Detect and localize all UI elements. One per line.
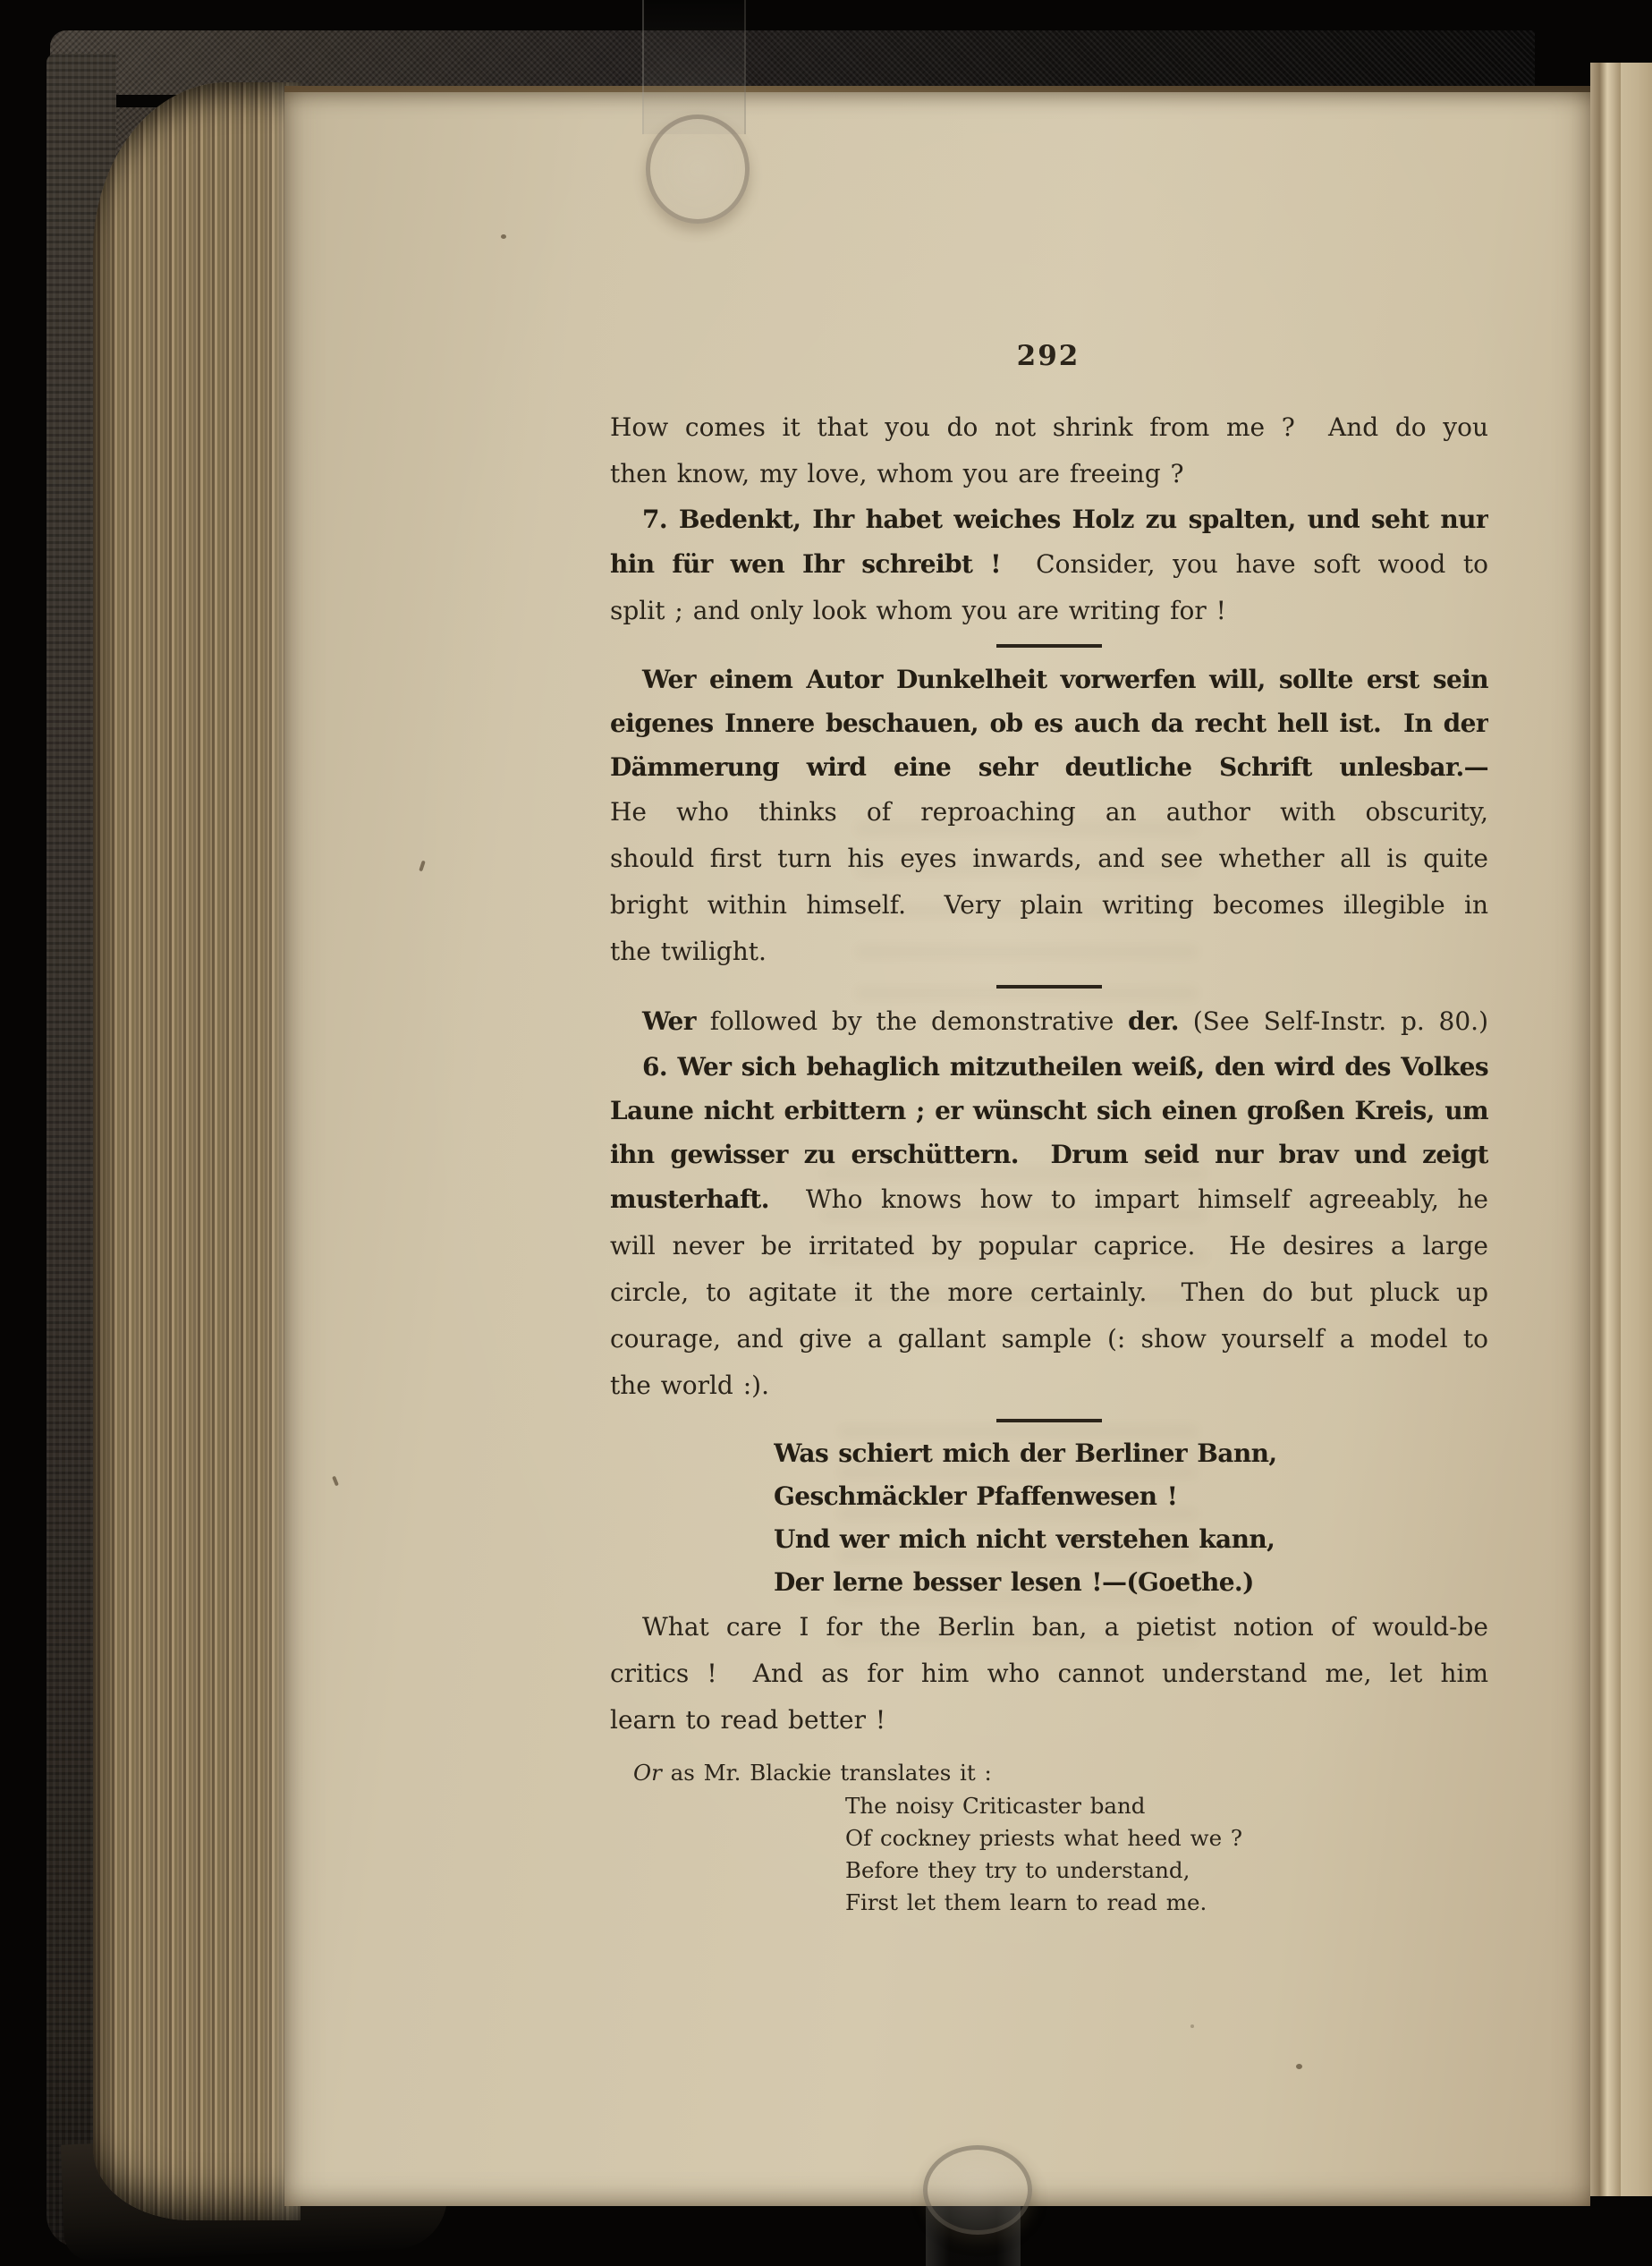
text-segment: hin für wen Ihr schreibt ! — [610, 549, 1001, 579]
book-photo: 292 How comes it that you do not shrink … — [0, 0, 1652, 2266]
poem: Was schiert mich der Berliner Bann,Gesch… — [610, 1432, 1488, 1604]
text-segment: What care I for the Berlin ban, a pietis… — [642, 1612, 1488, 1642]
paragraph: 7. Bedenkt, Ihr habet weiches Holz zu sp… — [610, 497, 1488, 634]
paragraph: How comes it that you do not shrink from… — [610, 404, 1488, 497]
paper-speck — [1190, 2024, 1194, 2028]
text-segment: the twilight. — [610, 937, 767, 966]
paper-mark — [419, 861, 426, 872]
text-line: the twilight. — [610, 929, 1488, 975]
paragraph: What care I for the Berlin ban, a pietis… — [610, 1604, 1488, 1744]
text-line: 7. Bedenkt, Ihr habet weiches Holz zu sp… — [610, 497, 1488, 541]
text-line: Or as Mr. Blackie translates it : — [633, 1756, 1488, 1790]
horizontal-rule-wrap — [610, 1409, 1488, 1432]
text-segment: Of cockney priests what heed we ? — [845, 1825, 1242, 1851]
text-segment: Who knows how to impart himself agreeabl… — [769, 1184, 1488, 1214]
text-segment: Geschmäckler Pfaffenwesen ! — [774, 1481, 1177, 1511]
text-line: split ; and only look whom you are writi… — [610, 588, 1488, 634]
page-number: 292 — [610, 340, 1487, 372]
text-segment: Der lerne besser lesen !—(Goethe.) — [774, 1567, 1254, 1597]
text-segment: followed by the demonstrative — [696, 1006, 1128, 1036]
horizontal-rule — [996, 1419, 1102, 1422]
text-segment: He who thinks of reproaching an author w… — [610, 797, 1488, 827]
text-segment: musterhaft. — [610, 1184, 769, 1214]
text-segment: as Mr. Blackie translates it : — [662, 1760, 992, 1786]
scanner-strap-bottom — [926, 2206, 1021, 2266]
text-segment: How comes it that you do not shrink from… — [610, 412, 1488, 442]
text-line: Geschmäckler Pfaffenwesen ! — [774, 1475, 1488, 1518]
text-segment: courage, and give a gallant sample (: sh… — [610, 1324, 1488, 1354]
text-line: What care I for the Berlin ban, a pietis… — [610, 1604, 1488, 1651]
text-segment: First let them learn to read me. — [845, 1889, 1207, 1915]
text-line: should first turn his eyes inwards, and … — [610, 836, 1488, 882]
text-line: courage, and give a gallant sample (: sh… — [610, 1316, 1488, 1362]
text-line: learn to read better ! — [610, 1697, 1488, 1744]
paper-speck — [1075, 1536, 1079, 1540]
adjacent-page-edge — [1621, 63, 1652, 2196]
text-line: will never be irritated by popular capri… — [610, 1223, 1488, 1269]
horizontal-rule — [996, 644, 1102, 648]
paper-speck — [501, 234, 506, 239]
text-line: musterhaft. Who knows how to impart hims… — [610, 1176, 1488, 1223]
text-segment: The noisy Criticaster band — [845, 1793, 1145, 1819]
horizontal-rule-wrap — [610, 975, 1488, 998]
text-segment: Laune nicht erbittern ; er wünscht sich … — [610, 1096, 1488, 1125]
text-segment: (See Self-Instr. p. 80.) — [1179, 1006, 1488, 1036]
text-line: Was schiert mich der Berliner Bann, — [774, 1432, 1488, 1475]
text-line: 6. Wer sich behaglich mitzutheilen weiß,… — [610, 1045, 1488, 1089]
book-page: 292 How comes it that you do not shrink … — [284, 86, 1590, 2206]
scanner-strap-top-loop — [646, 115, 750, 224]
text-line: First let them learn to read me. — [845, 1887, 1488, 1919]
text-line: Of cockney priests what heed we ? — [845, 1822, 1488, 1854]
page-stack-fore-edge — [93, 82, 301, 2220]
text-line: eigenes Innere beschauen, ob es auch da … — [610, 701, 1488, 745]
horizontal-rule — [996, 985, 1102, 989]
text-segment: 7. Bedenkt, Ihr habet weiches Holz zu sp… — [642, 505, 1488, 534]
text-segment: will never be irritated by popular capri… — [610, 1231, 1488, 1260]
text-segment: should first turn his eyes inwards, and … — [610, 844, 1488, 873]
text-segment: Or — [633, 1760, 662, 1786]
text-column: How comes it that you do not shrink from… — [610, 404, 1488, 1919]
text-segment: Wer — [642, 1006, 696, 1036]
paper-speck — [1296, 2064, 1302, 2069]
text-line: How comes it that you do not shrink from… — [610, 404, 1488, 451]
text-segment: Wer einem Autor Dunkelheit vorwerfen wil… — [642, 665, 1488, 694]
text-line: The noisy Criticaster band — [845, 1790, 1488, 1822]
paragraph: 6. Wer sich behaglich mitzutheilen weiß,… — [610, 1045, 1488, 1409]
text-line: Wer einem Autor Dunkelheit vorwerfen wil… — [610, 658, 1488, 701]
text-segment: Consider, you have soft wood to — [1001, 549, 1488, 579]
text-line: He who thinks of reproaching an author w… — [610, 789, 1488, 836]
text-segment: the world :). — [610, 1371, 769, 1400]
paragraph: Or as Mr. Blackie translates it : — [610, 1756, 1488, 1790]
text-segment: bright within himself. Very plain writin… — [610, 890, 1488, 920]
text-line: circle, to agitate it the more certainly… — [610, 1269, 1488, 1316]
text-line: then know, my love, whom you are freeing… — [610, 451, 1488, 497]
text-segment: split ; and only look whom you are writi… — [610, 596, 1226, 625]
text-segment: der. — [1128, 1006, 1179, 1036]
text-line: Dämmerung wird eine sehr deutliche Schri… — [610, 745, 1488, 789]
text-segment: circle, to agitate it the more certainly… — [610, 1277, 1488, 1307]
paper-mark — [332, 1476, 339, 1487]
text-line: Before they try to understand, — [845, 1854, 1488, 1887]
text-line: bright within himself. Very plain writin… — [610, 882, 1488, 929]
text-segment: ihn gewisser zu erschüttern. Drum seid n… — [610, 1140, 1488, 1176]
text-line: the world :). — [610, 1362, 1488, 1409]
text-line: critics ! And as for him who cannot unde… — [610, 1651, 1488, 1697]
text-line: Laune nicht erbittern ; er wünscht sich … — [610, 1089, 1488, 1133]
page-gutter-fold — [1590, 63, 1621, 2196]
text-segment: Before they try to understand, — [845, 1857, 1190, 1883]
text-line: Wer followed by the demonstrative der. (… — [610, 998, 1488, 1045]
text-line: hin für wen Ihr schreibt ! Consider, you… — [610, 541, 1488, 588]
text-segment: eigenes Innere beschauen, ob es auch da … — [610, 709, 1488, 738]
poem: The noisy Criticaster bandOf cockney pri… — [610, 1790, 1488, 1919]
paragraph: Wer einem Autor Dunkelheit vorwerfen wil… — [610, 658, 1488, 975]
text-segment: critics ! And as for him who cannot unde… — [610, 1659, 1488, 1688]
text-segment: then know, my love, whom you are freeing… — [610, 459, 1184, 488]
text-segment: Und wer mich nicht verstehen kann, — [774, 1524, 1275, 1554]
paragraph: Wer followed by the demonstrative der. (… — [610, 998, 1488, 1045]
text-segment: Was schiert mich der Berliner Bann, — [774, 1439, 1276, 1468]
horizontal-rule-wrap — [610, 634, 1488, 658]
text-segment: Dämmerung wird eine sehr deutliche Schri… — [610, 752, 1488, 789]
text-line: Und wer mich nicht verstehen kann, — [774, 1518, 1488, 1561]
text-segment: learn to read better ! — [610, 1705, 885, 1735]
text-line: ihn gewisser zu erschüttern. Drum seid n… — [610, 1133, 1488, 1176]
text-line: Der lerne besser lesen !—(Goethe.) — [774, 1561, 1488, 1604]
text-segment: 6. Wer sich behaglich mitzutheilen weiß,… — [642, 1052, 1488, 1082]
